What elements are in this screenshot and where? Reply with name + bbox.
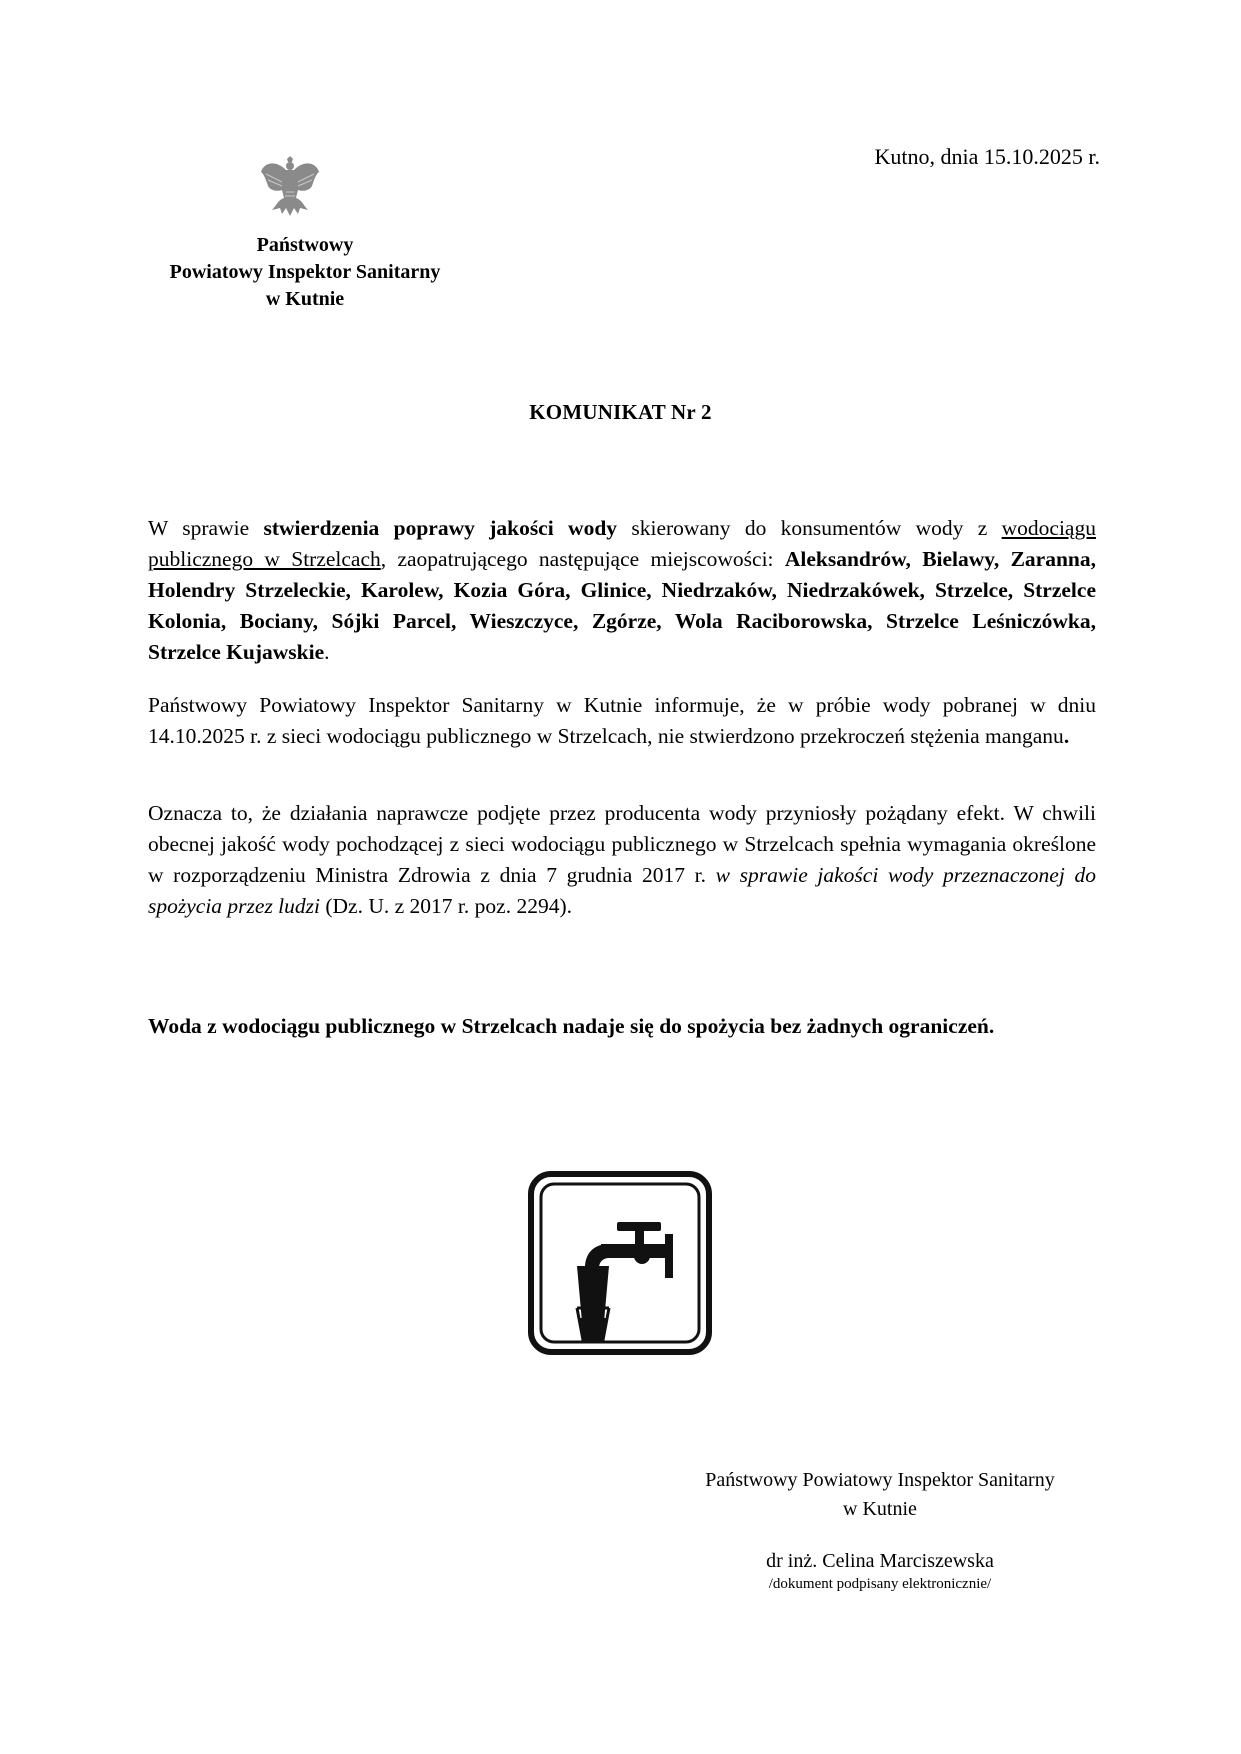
polish-eagle-emblem-icon [258, 152, 322, 222]
place-date: Kutno, dnia 15.10.2025 r. [800, 144, 1100, 170]
paragraph-subject: W sprawie stwierdzenia poprawy jakości w… [148, 513, 1096, 668]
text: W sprawie [148, 516, 263, 540]
issuer-line: Państwowy [140, 232, 470, 259]
issuer-line: Powiatowy Inspektor Sanitarny [140, 259, 470, 286]
conclusion: Woda z wodociągu publicznego w Strzelcac… [148, 1011, 1096, 1042]
text: skierowany do konsumentów wody z [617, 516, 1002, 540]
paragraph-compliance: Oznacza to, że działania naprawcze podję… [148, 798, 1096, 922]
text: . [324, 640, 329, 664]
issuer-block: Państwowy Powiatowy Inspektor Sanitarny … [140, 232, 470, 313]
signature-block: Państwowy Powiatowy Inspektor Sanitarny … [660, 1466, 1100, 1594]
drinking-water-tap-icon [525, 1168, 715, 1358]
document-title: KOMUNIKAT Nr 2 [0, 400, 1241, 425]
signatory-name: dr inż. Celina Marciszewska [660, 1548, 1100, 1574]
e-signature-note: /dokument podpisany elektronicznie/ [660, 1574, 1100, 1594]
text: . [1064, 724, 1069, 748]
text: , zaopatrującego następujące miejscowośc… [381, 547, 785, 571]
subject-bold: stwierdzenia poprawy jakości wody [263, 516, 617, 540]
signatory-office: w Kutnie [660, 1495, 1100, 1524]
paragraph-findings: Państwowy Powiatowy Inspektor Sanitarny … [148, 690, 1096, 752]
issuer-line: w Kutnie [140, 286, 470, 313]
signatory-title: Państwowy Powiatowy Inspektor Sanitarny [660, 1466, 1100, 1495]
text: (Dz. U. z 2017 r. poz. 2294). [320, 894, 572, 918]
text: Państwowy Powiatowy Inspektor Sanitarny … [148, 693, 1096, 748]
